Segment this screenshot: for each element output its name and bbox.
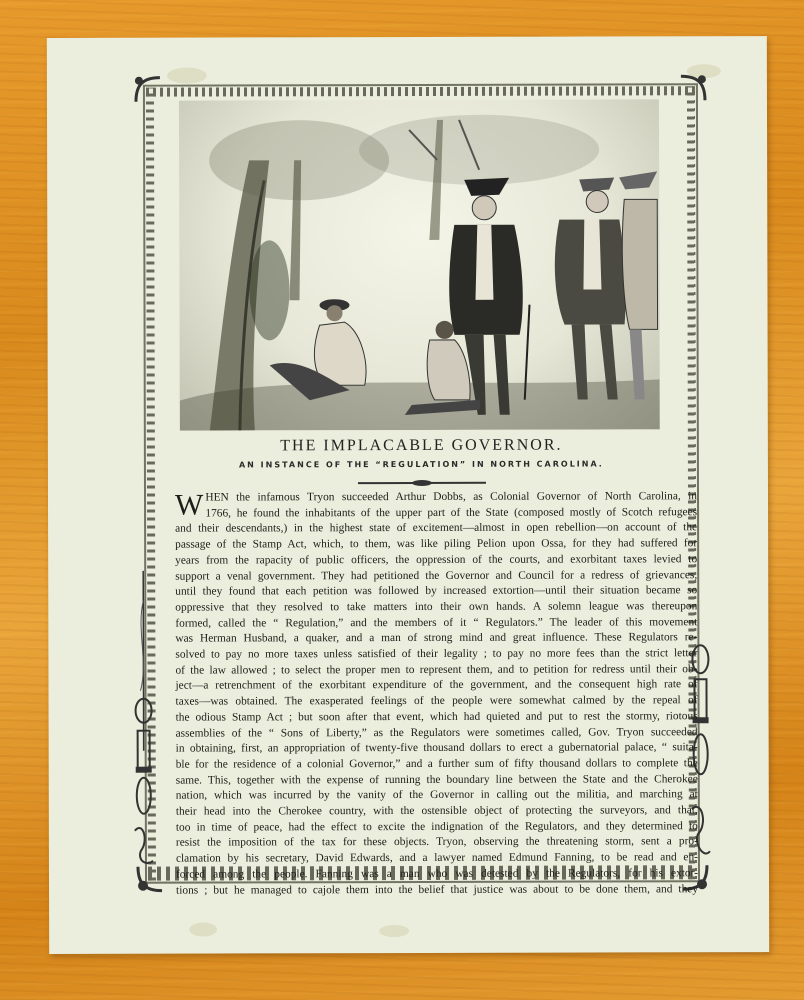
text-line: oppressive that they resolved to take ma… bbox=[175, 599, 697, 616]
text-line: tions ; but he managed to cajole them in… bbox=[176, 882, 698, 899]
text-line: in obtaining, first, an appropriation of… bbox=[176, 740, 698, 757]
ornamental-frame: THE IMPLACABLE GOVERNOR. AN INSTANCE OF … bbox=[139, 79, 704, 887]
paper-stain bbox=[379, 925, 409, 937]
text-line: years from the rapacity of public office… bbox=[175, 552, 697, 569]
engraving-illustration bbox=[179, 99, 660, 430]
text-line: 1766, he found the inhabitants of the up… bbox=[175, 505, 697, 522]
text-line: formed, called the “ Regulation,” and th… bbox=[175, 615, 697, 632]
article-body: W HEN the infamous Tryon succeeded Arthu… bbox=[175, 489, 698, 899]
spear-totem-ornament-icon bbox=[132, 571, 155, 871]
text-line: was Herman Husband, a quaker, and a man … bbox=[175, 631, 697, 648]
article-subtitle: AN INSTANCE OF THE “REGULATION” IN NORTH… bbox=[140, 459, 703, 469]
book-page: THE IMPLACABLE GOVERNOR. AN INSTANCE OF … bbox=[47, 36, 769, 954]
text-line: and their descendants,) in the highest s… bbox=[175, 521, 697, 538]
text-line: taxes—was obtained. The exasperated feel… bbox=[176, 693, 698, 710]
text-line: until they found that each petition was … bbox=[175, 583, 697, 600]
text-line: clamation by his secretary, David Edward… bbox=[176, 850, 698, 867]
text-line: ble for the residence of a colonial Gove… bbox=[176, 756, 698, 773]
text-line: of the law allowed ; to select the prope… bbox=[175, 662, 697, 679]
article-title: THE IMPLACABLE GOVERNOR. bbox=[140, 436, 703, 455]
text-line: support a venal government. They had pet… bbox=[175, 568, 697, 585]
corner-ornament-icon bbox=[133, 75, 163, 105]
text-line: forced among the people. Fanning was a m… bbox=[176, 866, 698, 883]
text-line: too in time of peace, had the effect to … bbox=[176, 819, 698, 836]
forest-scene-engraving bbox=[179, 99, 660, 430]
text-line: assemblies of the “ Sons of Liberty,” as… bbox=[176, 725, 698, 742]
text-line: the odious Stamp Act ; but soon after th… bbox=[176, 709, 698, 726]
text-line: resist the imposition of the tax for the… bbox=[176, 835, 698, 852]
corner-ornament-icon bbox=[678, 73, 708, 103]
text-line: HEN the infamous Tryon succeeded Arthur … bbox=[175, 489, 697, 506]
drop-cap: W bbox=[175, 493, 203, 519]
text-line: same. This, together with the expense of… bbox=[176, 772, 698, 789]
text-line: ject—a retrenchment of the exorbitant ex… bbox=[175, 678, 697, 695]
text-line: nation, which was incurred by the vanity… bbox=[176, 788, 698, 805]
text-line: solved to pay no more taxes unless satis… bbox=[175, 646, 697, 663]
text-line: passage of the Stamp Act, which, to them… bbox=[175, 536, 697, 553]
text-line: their head into the Cherokee country, wi… bbox=[176, 803, 698, 820]
decorative-divider bbox=[358, 482, 486, 484]
paper-stain bbox=[189, 923, 217, 937]
